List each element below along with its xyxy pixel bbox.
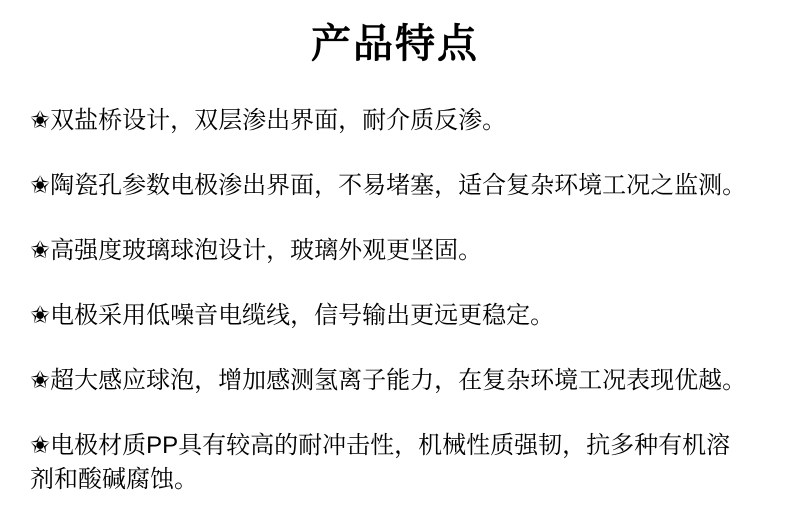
- feature-text: 电极采用低噪音电缆线，信号输出更远更稳定。: [50, 302, 554, 329]
- star-bullet-icon: ✬: [30, 432, 50, 459]
- star-bullet-icon: ✬: [30, 172, 50, 199]
- feature-text: 电极材质PP具有较高的耐冲击性，机械性质强韧，抗多种有机溶剂和酸碱腐蚀。: [30, 432, 730, 493]
- star-bullet-icon: ✬: [30, 367, 50, 394]
- feature-item: ✬高强度玻璃球泡设计，玻璃外观更坚固。: [30, 234, 752, 268]
- feature-item: ✬双盐桥设计，双层渗出界面，耐介质反渗。: [30, 104, 752, 138]
- star-bullet-icon: ✬: [30, 302, 50, 329]
- star-bullet-icon: ✬: [30, 107, 50, 134]
- feature-item: ✬电极采用低噪音电缆线，信号输出更远更稳定。: [30, 299, 752, 333]
- star-bullet-icon: ✬: [30, 237, 50, 264]
- feature-item: ✬超大感应球泡，增加感测氢离子能力，在复杂环境工况表现优越。: [30, 364, 752, 398]
- feature-item: ✬电极材质PP具有较高的耐冲击性，机械性质强韧，抗多种有机溶剂和酸碱腐蚀。: [30, 429, 752, 497]
- feature-item: ✬陶瓷孔参数电极渗出界面，不易堵塞，适合复杂环境工况之监测。: [30, 169, 752, 203]
- product-features-page: 产品特点 ✬双盐桥设计，双层渗出界面，耐介质反渗。 ✬陶瓷孔参数电极渗出界面，不…: [0, 0, 790, 530]
- page-title: 产品特点: [0, 0, 790, 68]
- feature-text: 高强度玻璃球泡设计，玻璃外观更坚固。: [50, 237, 482, 264]
- feature-text: 超大感应球泡，增加感测氢离子能力，在复杂环境工况表现优越。: [50, 367, 746, 394]
- feature-text: 陶瓷孔参数电极渗出界面，不易堵塞，适合复杂环境工况之监测。: [50, 172, 746, 199]
- feature-list: ✬双盐桥设计，双层渗出界面，耐介质反渗。 ✬陶瓷孔参数电极渗出界面，不易堵塞，适…: [0, 104, 790, 497]
- feature-text: 双盐桥设计，双层渗出界面，耐介质反渗。: [50, 107, 506, 134]
